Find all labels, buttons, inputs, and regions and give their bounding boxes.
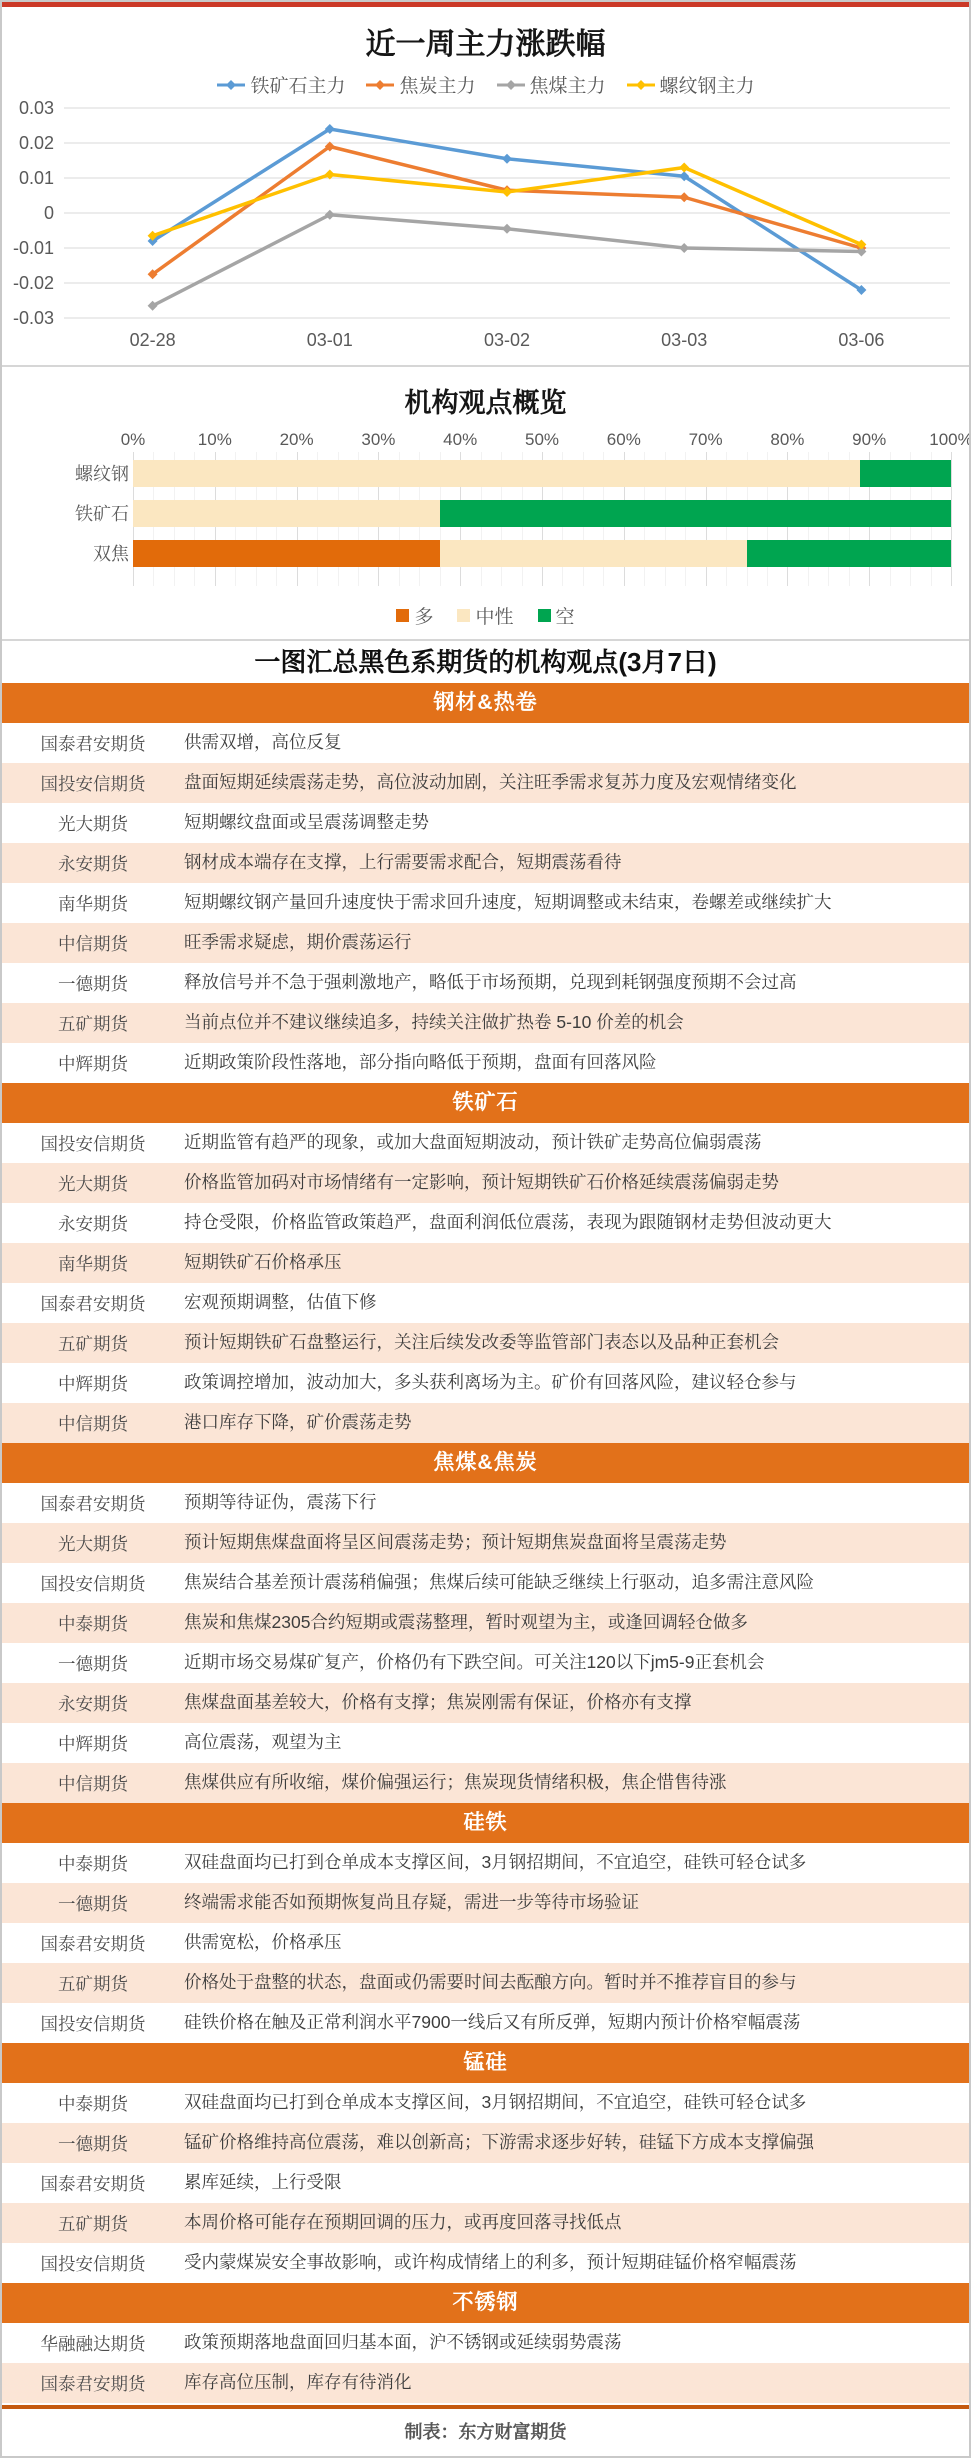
legend-swatch-icon [538, 609, 551, 622]
opinion-cell: 双硅盘面均已打到仓单成本支撑区间，3月钢招期间，不宜追空，硅铁可轻仓试多 [184, 2092, 969, 2114]
x-tick-label: 40% [443, 430, 477, 450]
bar-segment-空 [860, 460, 951, 487]
series-line-焦炭主力 [153, 147, 862, 275]
table-row: 一德期货锰矿价格维持高位震荡，难以创新高；下游需求逐步好转，硅锰下方成本支撑偏强 [2, 2123, 969, 2163]
opinion-cell: 政策调控增加，波动加大，多头获利离场为主。矿价有回落风险，建议轻仓参与 [184, 1372, 969, 1394]
table-section-header: 硅铁 [2, 1803, 969, 1843]
institution-cell: 国泰君安期货 [2, 1291, 184, 1316]
opinion-cell: 价格监管加码对市场情绪有一定影响，预计短期铁矿石价格延续震荡偏弱走势 [184, 1172, 969, 1194]
legend-item: 螺纹钢主力 [626, 71, 755, 98]
legend-item: 铁矿石主力 [216, 71, 345, 98]
institution-cell: 中信期货 [2, 1411, 184, 1436]
institution-cell: 中信期货 [2, 1771, 184, 1796]
opinion-cell: 宏观预期调整，估值下修 [184, 1292, 969, 1314]
opinion-cell: 锰矿价格维持高位震荡，难以创新高；下游需求逐步好转，硅锰下方成本支撑偏强 [184, 2132, 969, 2154]
table-row: 一德期货释放信号并不急于强刺激地产，略低于市场预期，兑现到耗钢强度预期不会过高 [2, 963, 969, 1003]
table-row: 五矿期货预计短期铁矿石盘整运行，关注后续发改委等监管部门表态以及品种正套机会 [2, 1323, 969, 1363]
opinion-cell: 高位震荡，观望为主 [184, 1732, 969, 1754]
bar-category-label: 铁矿石 [11, 500, 129, 526]
legend-item: 空 [538, 602, 575, 629]
table-row: 中辉期货近期政策阶段性落地，部分指向略低于预期，盘面有回落风险 [2, 1043, 969, 1083]
table-row: 国投安信期货盘面短期延续震荡走势，高位波动加剧，关注旺季需求复苏力度及宏观情绪变… [2, 763, 969, 803]
credit-text: 制表：东方财富期货 [2, 2409, 969, 2456]
table-section-header: 不锈钢 [2, 2283, 969, 2323]
table-row: 光大期货价格监管加码对市场情绪有一定影响，预计短期铁矿石价格延续震荡偏弱走势 [2, 1163, 969, 1203]
legend-item: 焦炭主力 [365, 71, 475, 98]
line-chart-legend: 铁矿石主力焦炭主力焦煤主力螺纹钢主力 [2, 71, 969, 98]
institution-cell: 国投安信期货 [2, 2011, 184, 2036]
table-row: 国泰君安期货宏观预期调整，估值下修 [2, 1283, 969, 1323]
institution-cell: 五矿期货 [2, 2211, 184, 2236]
bar-segment-空 [747, 540, 952, 567]
institution-cell: 永安期货 [2, 1211, 184, 1236]
table-row: 中信期货焦煤供应有所收缩，煤价偏强运行；焦炭现货情绪积极，焦企惜售待涨 [2, 1763, 969, 1803]
x-tick-label: 90% [852, 430, 886, 450]
bar-row-螺纹钢 [133, 460, 951, 487]
institution-cell: 光大期货 [2, 811, 184, 836]
opinion-cell: 预计短期焦煤盘面将呈区间震荡走势；预计短期焦炭盘面将呈震荡走势 [184, 1532, 969, 1554]
bar-chart-x-axis: 0%10%20%30%40%50%60%70%80%90%100% [133, 430, 951, 452]
legend-item: 中性 [457, 602, 513, 629]
y-tick-label: -0.03 [13, 308, 54, 328]
table-row: 中泰期货双硅盘面均已打到仓单成本支撑区间，3月钢招期间，不宜追空，硅铁可轻仓试多 [2, 2083, 969, 2123]
series-line-铁矿石主力 [153, 129, 862, 290]
legend-item: 焦煤主力 [496, 71, 606, 98]
x-tick-label: 03-06 [838, 330, 884, 350]
opinion-cell: 终端需求能否如预期恢复尚且存疑，需进一步等待市场验证 [184, 1892, 969, 1914]
institution-cell: 国泰君安期货 [2, 731, 184, 756]
opinion-cell: 预计短期铁矿石盘整运行，关注后续发改委等监管部门表态以及品种正套机会 [184, 1332, 969, 1354]
opinion-cell: 硅铁价格在触及正常利润水平7900一线后又有所反弹，短期内预计价格窄幅震荡 [184, 2012, 969, 2034]
bar-segment-空 [440, 500, 951, 527]
opinion-cell: 焦炭和焦煤2305合约短期或震荡整理，暂时观望为主，或逢回调轻仓做多 [184, 1612, 969, 1634]
opinion-cell: 近期监管有趋严的现象，或加大盘面短期波动，预计铁矿走势高位偏弱震荡 [184, 1132, 969, 1154]
institution-cell: 国泰君安期货 [2, 1491, 184, 1516]
opinion-cell: 本周价格可能存在预期回调的压力，或再度回落寻找低点 [184, 2212, 969, 2234]
y-tick-label: -0.02 [13, 273, 54, 293]
institution-cell: 中泰期货 [2, 1611, 184, 1636]
opinion-cell: 短期螺纹钢产量回升速度快于需求回升速度，短期调整或未结束，卷螺差或继续扩大 [184, 892, 969, 914]
data-point-marker [679, 192, 689, 202]
institution-cell: 五矿期货 [2, 1011, 184, 1036]
x-tick-label: 20% [280, 430, 314, 450]
institution-cell: 国投安信期货 [2, 771, 184, 796]
table-row: 中辉期货政策调控增加，波动加大，多头获利离场为主。矿价有回落风险，建议轻仓参与 [2, 1363, 969, 1403]
opinion-cell: 价格处于盘整的状态，盘面或仍需要时间去酝酿方向。暂时并不推荐盲目的参与 [184, 1972, 969, 1994]
legend-marker-icon [496, 79, 526, 91]
legend-label: 螺纹钢主力 [660, 71, 755, 98]
table-row: 中泰期货双硅盘面均已打到仓单成本支撑区间，3月钢招期间，不宜追空，硅铁可轻仓试多 [2, 1843, 969, 1883]
opinion-cell: 双硅盘面均已打到仓单成本支撑区间，3月钢招期间，不宜追空，硅铁可轻仓试多 [184, 1852, 969, 1874]
legend-label: 铁矿石主力 [250, 71, 345, 98]
institution-cell: 光大期货 [2, 1531, 184, 1556]
institution-cell: 光大期货 [2, 1171, 184, 1196]
table-row: 南华期货短期铁矿石价格承压 [2, 1243, 969, 1283]
institution-cell: 一德期货 [2, 971, 184, 996]
table-row: 国泰君安期货库存高位压制，库存有待消化 [2, 2363, 969, 2403]
institution-cell: 南华期货 [2, 891, 184, 916]
table-row: 一德期货近期市场交易煤矿复产，价格仍有下跌空间。可关注120以下jm5-9正套机… [2, 1643, 969, 1683]
x-tick-label: 70% [689, 430, 723, 450]
institution-cell: 国泰君安期货 [2, 2171, 184, 2196]
bar-segment-多 [133, 540, 440, 567]
table-row: 永安期货焦煤盘面基差较大，价格有支撑；焦炭刚需有保证，价格亦有支撑 [2, 1683, 969, 1723]
institution-cell: 永安期货 [2, 851, 184, 876]
table-row: 国投安信期货硅铁价格在触及正常利润水平7900一线后又有所反弹，短期内预计价格窄… [2, 2003, 969, 2043]
x-tick-label: 03-01 [307, 330, 353, 350]
opinion-cell: 焦煤供应有所收缩，煤价偏强运行；焦炭现货情绪积极，焦企惜售待涨 [184, 1772, 969, 1794]
data-point-marker [502, 154, 512, 164]
table-row: 中辉期货高位震荡，观望为主 [2, 1723, 969, 1763]
table-row: 一德期货终端需求能否如预期恢复尚且存疑，需进一步等待市场验证 [2, 1883, 969, 1923]
x-tick-label: 100% [929, 430, 969, 450]
bar-category-label: 双焦 [11, 540, 129, 566]
footer: 制表：东方财富期货 [2, 2405, 969, 2456]
opinion-cell: 近期政策阶段性落地，部分指向略低于预期，盘面有回落风险 [184, 1052, 969, 1074]
opinion-cell: 释放信号并不急于强刺激地产，略低于市场预期，兑现到耗钢强度预期不会过高 [184, 972, 969, 994]
table-title: 一图汇总黑色系期货的机构观点(3月7日) [2, 641, 969, 683]
bar-chart-title: 机构观点概览 [2, 367, 969, 420]
x-tick-label: 30% [361, 430, 395, 450]
legend-label: 焦炭主力 [399, 71, 475, 98]
table-row: 五矿期货价格处于盘整的状态，盘面或仍需要时间去酝酿方向。暂时并不推荐盲目的参与 [2, 1963, 969, 2003]
table-row: 国投安信期货焦炭结合基差预计震荡稍偏强；焦煤后续可能缺乏继续上行驱动，追多需注意… [2, 1563, 969, 1603]
opinion-cell: 焦炭结合基差预计震荡稍偏强；焦煤后续可能缺乏继续上行驱动，追多需注意风险 [184, 1572, 969, 1594]
table-row: 南华期货短期螺纹钢产量回升速度快于需求回升速度，短期调整或未结束，卷螺差或继续扩… [2, 883, 969, 923]
legend-label: 多 [414, 602, 433, 629]
data-point-marker [679, 243, 689, 253]
data-point-marker [502, 224, 512, 234]
table-row: 光大期货短期螺纹盘面或呈震荡调整走势 [2, 803, 969, 843]
table-row: 永安期货钢材成本端存在支撑，上行需要需求配合，短期震荡看待 [2, 843, 969, 883]
bar-chart-section: 机构观点概览 0%10%20%30%40%50%60%70%80%90%100%… [2, 367, 969, 639]
bar-segment-中性 [133, 500, 440, 527]
bar-chart-plot: 螺纹钢铁矿石双焦 [133, 452, 951, 586]
table-row: 国泰君安期货供需宽松，价格承压 [2, 1923, 969, 1963]
opinion-cell: 旺季需求疑虑，期价震荡运行 [184, 932, 969, 954]
institution-cell: 一德期货 [2, 1651, 184, 1676]
table-row: 国泰君安期货预期等待证伪，震荡下行 [2, 1483, 969, 1523]
opinion-cell: 短期螺纹盘面或呈震荡调整走势 [184, 812, 969, 834]
legend-label: 焦煤主力 [530, 71, 606, 98]
opinion-table-section: 一图汇总黑色系期货的机构观点(3月7日) 钢材&热卷国泰君安期货供需双增，高位反… [2, 641, 969, 2403]
institution-cell: 中辉期货 [2, 1731, 184, 1756]
table-section-header: 锰硅 [2, 2043, 969, 2083]
table-row: 国投安信期货受内蒙煤炭安全事故影响，或许构成情绪上的利多，预计短期硅锰价格窄幅震… [2, 2243, 969, 2283]
bar-chart-legend: 多中性空 [2, 602, 969, 629]
y-tick-label: 0.01 [19, 168, 54, 188]
opinion-cell: 焦煤盘面基差较大，价格有支撑；焦炭刚需有保证，价格亦有支撑 [184, 1692, 969, 1714]
opinion-cell: 盘面短期延续震荡走势，高位波动加剧，关注旺季需求复苏力度及宏观情绪变化 [184, 772, 969, 794]
legend-label: 空 [556, 602, 575, 629]
opinion-cell: 短期铁矿石价格承压 [184, 1252, 969, 1274]
table-row: 国泰君安期货供需双增，高位反复 [2, 723, 969, 763]
opinion-cell: 供需宽松，价格承压 [184, 1932, 969, 1954]
table-row: 五矿期货本周价格可能存在预期回调的压力，或再度回落寻找低点 [2, 2203, 969, 2243]
bar-category-label: 螺纹钢 [11, 460, 129, 486]
table-row: 光大期货预计短期焦煤盘面将呈区间震荡走势；预计短期焦炭盘面将呈震荡走势 [2, 1523, 969, 1563]
institution-cell: 国泰君安期货 [2, 2371, 184, 2396]
table-section-header: 铁矿石 [2, 1083, 969, 1123]
institution-cell: 南华期货 [2, 1251, 184, 1276]
opinion-cell: 累库延续，上行受限 [184, 2172, 969, 2194]
x-tick-label: 03-02 [484, 330, 530, 350]
bar-row-双焦 [133, 540, 951, 567]
line-chart-title: 近一周主力涨跌幅 [2, 7, 969, 63]
table-row: 国投安信期货近期监管有趋严的现象，或加大盘面短期波动，预计铁矿走势高位偏弱震荡 [2, 1123, 969, 1163]
table-row: 中泰期货焦炭和焦煤2305合约短期或震荡整理，暂时观望为主，或逢回调轻仓做多 [2, 1603, 969, 1643]
line-chart: 0.030.020.010-0.01-0.02-0.0302-2803-0103… [2, 98, 969, 356]
y-tick-label: 0.03 [19, 98, 54, 118]
table-section-header: 钢材&热卷 [2, 683, 969, 723]
opinion-cell: 供需双增，高位反复 [184, 732, 969, 754]
legend-item: 多 [396, 602, 433, 629]
table-row: 华融融达期货政策预期落地盘面回归基本面，沪不锈钢或延续弱势震荡 [2, 2323, 969, 2363]
table-row: 永安期货持仓受限，价格监管政策趋严，盘面利润低位震荡，表现为跟随钢材走势但波动更… [2, 1203, 969, 1243]
institution-cell: 五矿期货 [2, 1331, 184, 1356]
opinion-cell: 库存高位压制，库存有待消化 [184, 2372, 969, 2394]
opinion-cell: 受内蒙煤炭安全事故影响，或许构成情绪上的利多，预计短期硅锰价格窄幅震荡 [184, 2252, 969, 2274]
x-tick-label: 03-03 [661, 330, 707, 350]
x-tick-label: 60% [607, 430, 641, 450]
table-row: 中信期货港口库存下降，矿价震荡走势 [2, 1403, 969, 1443]
x-tick-label: 50% [525, 430, 559, 450]
opinion-table: 钢材&热卷国泰君安期货供需双增，高位反复国投安信期货盘面短期延续震荡走势，高位波… [2, 683, 969, 2403]
y-tick-label: -0.01 [13, 238, 54, 258]
legend-marker-icon [216, 79, 246, 91]
y-tick-label: 0.02 [19, 133, 54, 153]
institution-cell: 中泰期货 [2, 2091, 184, 2116]
legend-marker-icon [365, 79, 395, 91]
institution-cell: 五矿期货 [2, 1971, 184, 1996]
legend-swatch-icon [457, 609, 470, 622]
data-point-marker [679, 163, 689, 173]
institution-cell: 国泰君安期货 [2, 1931, 184, 1956]
x-tick-label: 02-28 [130, 330, 176, 350]
institution-cell: 中泰期货 [2, 1851, 184, 1876]
institution-cell: 中信期货 [2, 931, 184, 956]
opinion-cell: 近期市场交易煤矿复产，价格仍有下跌空间。可关注120以下jm5-9正套机会 [184, 1652, 969, 1674]
bar-segment-中性 [133, 460, 860, 487]
table-row: 中信期货旺季需求疑虑，期价震荡运行 [2, 923, 969, 963]
infographic-page: 近一周主力涨跌幅 铁矿石主力焦炭主力焦煤主力螺纹钢主力 0.030.020.01… [0, 0, 971, 2458]
legend-marker-icon [626, 79, 656, 91]
opinion-cell: 当前点位并不建议继续追多，持续关注做扩热卷 5-10 价差的机会 [184, 1012, 969, 1034]
institution-cell: 华融融达期货 [2, 2331, 184, 2356]
gridline [951, 452, 952, 586]
institution-cell: 中辉期货 [2, 1051, 184, 1076]
opinion-cell: 钢材成本端存在支撑，上行需要需求配合，短期震荡看待 [184, 852, 969, 874]
institution-cell: 中辉期货 [2, 1371, 184, 1396]
legend-swatch-icon [396, 609, 409, 622]
institution-cell: 永安期货 [2, 1691, 184, 1716]
table-row: 国泰君安期货累库延续，上行受限 [2, 2163, 969, 2203]
table-row: 五矿期货当前点位并不建议继续追多，持续关注做扩热卷 5-10 价差的机会 [2, 1003, 969, 1043]
table-section-header: 焦煤&焦炭 [2, 1443, 969, 1483]
opinion-cell: 港口库存下降，矿价震荡走势 [184, 1412, 969, 1434]
institution-cell: 一德期货 [2, 1891, 184, 1916]
institution-cell: 国投安信期货 [2, 1571, 184, 1596]
line-chart-section: 近一周主力涨跌幅 铁矿石主力焦炭主力焦煤主力螺纹钢主力 0.030.020.01… [2, 7, 969, 365]
institution-cell: 一德期货 [2, 2131, 184, 2156]
legend-label: 中性 [475, 602, 513, 629]
institution-cell: 国投安信期货 [2, 2251, 184, 2276]
y-tick-label: 0 [44, 203, 54, 223]
bar-row-铁矿石 [133, 500, 951, 527]
bar-segment-中性 [440, 540, 747, 567]
x-tick-label: 10% [198, 430, 232, 450]
opinion-cell: 预期等待证伪，震荡下行 [184, 1492, 969, 1514]
opinion-cell: 政策预期落地盘面回归基本面，沪不锈钢或延续弱势震荡 [184, 2332, 969, 2354]
institution-cell: 国投安信期货 [2, 1131, 184, 1156]
x-tick-label: 0% [121, 430, 146, 450]
x-tick-label: 80% [770, 430, 804, 450]
opinion-cell: 持仓受限，价格监管政策趋严，盘面利润低位震荡，表现为跟随钢材走势但波动更大 [184, 1212, 969, 1234]
